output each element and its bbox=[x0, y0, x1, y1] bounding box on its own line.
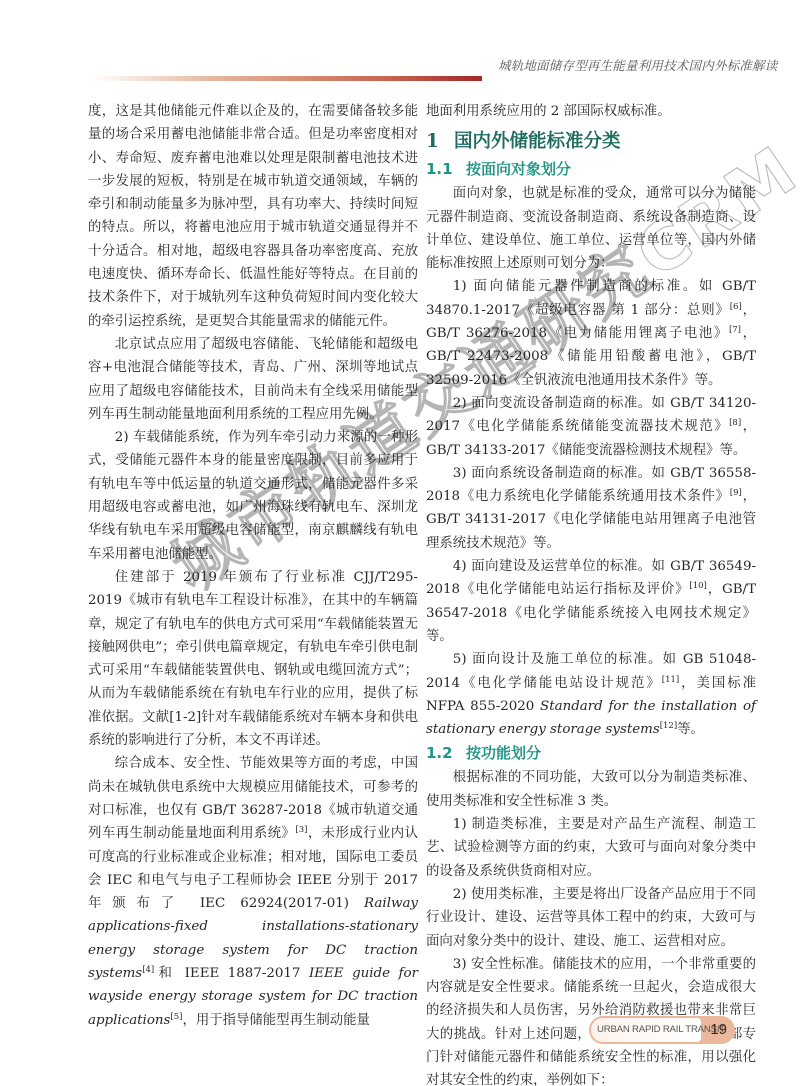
citation: [9] bbox=[730, 488, 742, 498]
section-number: 1.2 bbox=[426, 741, 466, 766]
citation: [5] bbox=[170, 1012, 182, 1022]
text-run: 和 IEEE 1887-2017 bbox=[154, 966, 309, 981]
paragraph: 面向对象，也就是标准的受众，通常可以分为储能元器件制造商、变流设备制造商、系统设… bbox=[426, 182, 756, 275]
footer-badge: URBAN RAPID RAIL TRANSIT 19 bbox=[589, 1016, 735, 1044]
running-title: 城轨地面储存型再生能量利用技术国内外标准解读 bbox=[498, 56, 777, 74]
citation: [11] bbox=[662, 675, 679, 685]
right-column: 地面利用系统应用的 2 部国际权威标准。 1国内外储能标准分类 1.1按面向对象… bbox=[426, 100, 756, 1086]
section-heading-1-1: 1.1按面向对象划分 bbox=[426, 157, 756, 182]
section-heading-1: 1国内外储能标准分类 bbox=[426, 127, 756, 157]
list-item: 5) 面向设计及施工单位的标准。如 GB 51048-2014《电化学储能电站设… bbox=[426, 648, 756, 741]
section-number: 1.1 bbox=[426, 157, 466, 182]
paragraph: 根据标准的不同功能，大致可以分为制造类标准、使用类标准和安全性标准 3 类。 bbox=[426, 766, 756, 813]
section-title: 国内外储能标准分类 bbox=[454, 131, 621, 152]
citation: [12] bbox=[660, 721, 677, 731]
text-run: 等。 bbox=[677, 722, 704, 737]
list-item: 3) 面向系统设备制造商的标准。如 GB/T 36558-2018《电力系统电化… bbox=[426, 462, 756, 555]
paragraph: 北京试点应用了超级电容储能、飞轮储能和超级电容+电池混合储能等技术，青岛、广州、… bbox=[88, 333, 418, 426]
paragraph: 地面利用系统应用的 2 部国际权威标准。 bbox=[426, 100, 756, 123]
paragraph: 2) 车载储能系统，作为列车牵引动力来源的一种形式，受储能元器件本身的能量密度限… bbox=[88, 426, 418, 566]
list-item: 1) 面向储能元器件制造商的标准。如 GB/T 34870.1-2017《超级电… bbox=[426, 275, 756, 391]
citation: [10] bbox=[689, 581, 706, 591]
list-item: 2) 使用类标准，主要是将出厂设备产品应用于不同行业设计、建设、运营等具体工程中… bbox=[426, 883, 756, 953]
citation: [4] bbox=[142, 965, 154, 975]
left-column: 度，这是其他储能元件难以企及的，在需要储备较多能量的场合采用蓄电池储能非常合适。… bbox=[88, 100, 418, 1032]
paragraph: 住建部于 2019 年颁布了行业标准 CJJ/T295-2019《城市有轨电车工… bbox=[88, 566, 418, 752]
text-run: ，用于指导储能型再生制动能量 bbox=[182, 1013, 369, 1028]
section-title: 按功能划分 bbox=[466, 744, 541, 762]
paragraph: 度，这是其他储能元件难以企及的，在需要储备较多能量的场合采用蓄电池储能非常合适。… bbox=[88, 100, 418, 333]
list-item: 2) 面向变流设备制造商的标准。如 GB/T 34120-2017《电化学储能系… bbox=[426, 392, 756, 462]
text-run: 2) 面向变流设备制造商的标准。如 GB/T 34120-2017《电化学储能系… bbox=[426, 396, 756, 434]
section-title: 按面向对象划分 bbox=[466, 160, 571, 178]
list-item: 1) 制造类标准，主要是对产品生产流程、制造工艺、试验检测等方面的约束，大致可与… bbox=[426, 813, 756, 883]
citation: [6] bbox=[730, 302, 742, 312]
citation: [7] bbox=[729, 325, 741, 335]
journal-name: URBAN RAPID RAIL TRANSIT bbox=[591, 1018, 701, 1042]
section-heading-1-2: 1.2按功能划分 bbox=[426, 741, 756, 766]
citation: [3] bbox=[295, 825, 307, 835]
list-item: 4) 面向建设及运营单位的标准。如 GB/T 36549-2018《电化学储能电… bbox=[426, 555, 756, 648]
paragraph: 综合成本、安全性、节能效果等方面的考虑，中国尚未在城轨供电系统中大规模应用储能技… bbox=[88, 752, 418, 1032]
text-run: 1) 面向储能元器件制造商的标准。如 GB/T 34870.1-2017《超级电… bbox=[426, 279, 756, 317]
header-rule bbox=[92, 76, 482, 81]
section-number: 1 bbox=[426, 127, 454, 157]
text-run: 3) 面向系统设备制造商的标准。如 GB/T 36558-2018《电力系统电化… bbox=[426, 466, 756, 504]
page-number: 19 bbox=[710, 1016, 727, 1044]
citation: [8] bbox=[729, 418, 741, 428]
